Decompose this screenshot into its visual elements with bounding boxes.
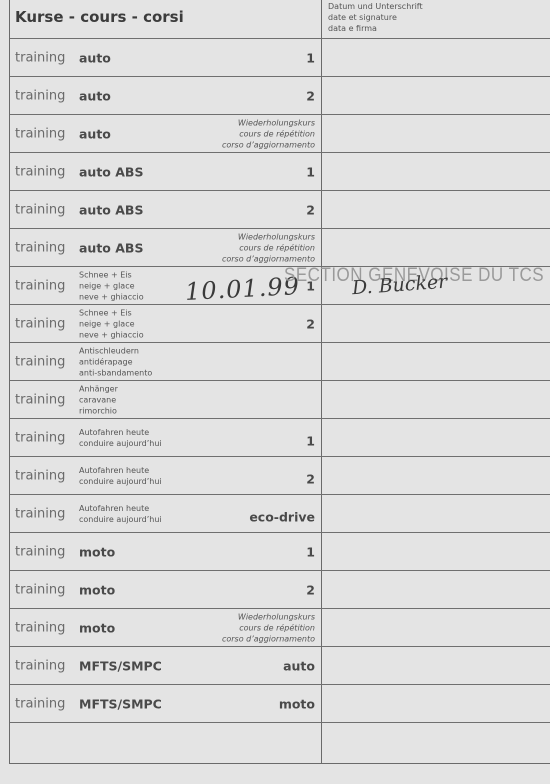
training-label: training <box>15 126 65 141</box>
signature-cell <box>322 153 550 190</box>
course-cell: trainingMFTS/SMPCmoto <box>10 685 322 722</box>
table-row: trainingAnhängercaravanerimorchio <box>10 381 550 419</box>
course-name-multilingual: Autofahren heuteconduire aujourd’hui <box>79 427 162 449</box>
courses-table: Kurse - cours - corsi Datum und Untersch… <box>9 0 550 764</box>
signature-heading: Datum und Unterschrift date et signature… <box>328 1 423 34</box>
signature-cell <box>322 39 550 76</box>
course-variant: 2 <box>306 472 315 487</box>
course-name: moto <box>79 620 115 635</box>
training-label: training <box>15 278 65 293</box>
course-variant: 1 <box>306 544 315 559</box>
course-name-line: Schnee + Eis <box>79 269 144 280</box>
course-name: auto ABS <box>79 164 143 179</box>
course-name-line: anti-sbandamento <box>79 367 152 378</box>
course-variant: moto <box>279 696 315 711</box>
table-row: trainingMFTS/SMPCmoto <box>10 685 550 723</box>
table-row: trainingautoWiederholungskurscours de ré… <box>10 115 550 153</box>
table-row: trainingauto1 <box>10 39 550 77</box>
refresher-course-note: Wiederholungskurscours de répétitioncors… <box>222 611 315 644</box>
course-name: auto <box>79 88 111 103</box>
refresher-course-line: corso d’aggiornamento <box>222 139 315 150</box>
signature-header-cell: Datum und Unterschrift date et signature… <box>322 0 550 38</box>
signature-cell: SECTION GENEVOISE DU TCSD. Bucker <box>322 267 550 304</box>
course-name-multilingual: Anhängercaravanerimorchio <box>79 383 118 416</box>
table-row: trainingauto2 <box>10 77 550 115</box>
course-name-line: Autofahren heute <box>79 465 162 476</box>
signature-cell <box>322 381 550 418</box>
training-label: training <box>15 50 65 65</box>
course-cell: trainingauto1 <box>10 39 322 76</box>
course-variant: 1 <box>306 434 315 449</box>
blank-course-cell <box>10 723 322 763</box>
signature-cell <box>322 457 550 494</box>
course-cell: trainingmoto1 <box>10 533 322 570</box>
training-label: training <box>15 468 65 483</box>
signature-cell <box>322 419 550 456</box>
signature-cell <box>322 609 550 646</box>
course-variant: 1 <box>306 50 315 65</box>
course-name-line: neige + glace <box>79 318 144 329</box>
signature-cell <box>322 305 550 342</box>
signature-cell <box>322 685 550 722</box>
course-variant: 2 <box>306 88 315 103</box>
course-name: auto ABS <box>79 240 143 255</box>
table-row-blank <box>10 723 550 763</box>
course-name: moto <box>79 582 115 597</box>
training-label: training <box>15 392 65 407</box>
course-variant: 1 <box>306 164 315 179</box>
course-cell: trainingAutofahren heuteconduire aujourd… <box>10 419 322 456</box>
course-name-line: Autofahren heute <box>79 427 162 438</box>
course-cell: trainingSchnee + Eisneige + glaceneve + … <box>10 267 322 304</box>
refresher-course-line: cours de répétition <box>222 128 315 139</box>
refresher-course-line: corso d’aggiornamento <box>222 633 315 644</box>
training-label: training <box>15 620 65 635</box>
course-name: auto <box>79 126 111 141</box>
course-name-line: conduire aujourd’hui <box>79 438 162 449</box>
table-row: trainingmotoWiederholungskurscours de ré… <box>10 609 550 647</box>
course-name-line: Antischleudern <box>79 345 152 356</box>
signature-cell <box>322 571 550 608</box>
course-name-line: rimorchio <box>79 405 118 416</box>
training-label: training <box>15 696 65 711</box>
table-row: trainingauto ABSWiederholungskurscours d… <box>10 229 550 267</box>
training-label: training <box>15 240 65 255</box>
training-label: training <box>15 354 65 369</box>
refresher-course-line: Wiederholungskurs <box>222 611 315 622</box>
course-cell: trainingauto2 <box>10 77 322 114</box>
table-row: trainingmoto2 <box>10 571 550 609</box>
refresher-course-line: Wiederholungskurs <box>222 117 315 128</box>
training-label: training <box>15 164 65 179</box>
course-cell: trainingAutofahren heuteconduire aujourd… <box>10 495 322 532</box>
course-cell: trainingSchnee + Eisneige + glaceneve + … <box>10 305 322 342</box>
course-name-multilingual: Autofahren heuteconduire aujourd’hui <box>79 465 162 487</box>
course-name-line: caravane <box>79 394 118 405</box>
course-name-multilingual: Schnee + Eisneige + glaceneve + ghiaccio <box>79 307 144 340</box>
refresher-course-line: corso d’aggiornamento <box>222 253 315 264</box>
course-variant: eco-drive <box>249 510 315 525</box>
course-name: moto <box>79 544 115 559</box>
table-row: trainingauto ABS2 <box>10 191 550 229</box>
course-name-line: conduire aujourd’hui <box>79 514 162 525</box>
course-name-multilingual: Antischleudernantidérapageanti-sbandamen… <box>79 345 152 378</box>
course-cell: trainingAntischleudernantidérapageanti-s… <box>10 343 322 380</box>
course-name: MFTS/SMPC <box>79 658 162 673</box>
refresher-course-line: cours de répétition <box>222 622 315 633</box>
refresher-course-note: Wiederholungskurscours de répétitioncors… <box>222 117 315 150</box>
course-cell: trainingauto ABS1 <box>10 153 322 190</box>
signature-cell <box>322 533 550 570</box>
course-variant: auto <box>283 658 315 673</box>
course-variant: 2 <box>306 582 315 597</box>
course-name-line: conduire aujourd’hui <box>79 476 162 487</box>
courses-header-cell: Kurse - cours - corsi <box>10 0 322 38</box>
blank-signature-cell <box>322 723 550 763</box>
course-cell: trainingauto ABSWiederholungskurscours d… <box>10 229 322 266</box>
table-row: trainingMFTS/SMPCauto <box>10 647 550 685</box>
training-label: training <box>15 202 65 217</box>
course-name-multilingual: Schnee + Eisneige + glaceneve + ghiaccio <box>79 269 144 302</box>
table-row: trainingmoto1 <box>10 533 550 571</box>
page-title: Kurse - cours - corsi <box>15 8 184 26</box>
training-label: training <box>15 544 65 559</box>
course-cell: trainingmoto2 <box>10 571 322 608</box>
refresher-course-line: cours de répétition <box>222 242 315 253</box>
refresher-course-line: Wiederholungskurs <box>222 231 315 242</box>
signature-cell <box>322 495 550 532</box>
signature-cell <box>322 647 550 684</box>
signature-heading-fr: date et signature <box>328 12 423 23</box>
table-row: trainingAntischleudernantidérapageanti-s… <box>10 343 550 381</box>
course-name-multilingual: Autofahren heuteconduire aujourd’hui <box>79 503 162 525</box>
signature-cell <box>322 77 550 114</box>
course-name-line: neige + glace <box>79 280 144 291</box>
signature-cell <box>322 115 550 152</box>
course-cell: trainingAnhängercaravanerimorchio <box>10 381 322 418</box>
training-label: training <box>15 430 65 445</box>
refresher-course-note: Wiederholungskurscours de répétitioncors… <box>222 231 315 264</box>
course-name-line: neve + ghiaccio <box>79 329 144 340</box>
training-label: training <box>15 316 65 331</box>
training-label: training <box>15 658 65 673</box>
training-label: training <box>15 582 65 597</box>
signature-cell <box>322 343 550 380</box>
table-row: trainingauto ABS1 <box>10 153 550 191</box>
course-name-line: neve + ghiaccio <box>79 291 144 302</box>
course-name-line: Schnee + Eis <box>79 307 144 318</box>
course-cell: trainingautoWiederholungskurscours de ré… <box>10 115 322 152</box>
signature-cell <box>322 229 550 266</box>
course-name-line: Autofahren heute <box>79 503 162 514</box>
training-label: training <box>15 88 65 103</box>
course-cell: trainingauto ABS2 <box>10 191 322 228</box>
course-name-line: antidérapage <box>79 356 152 367</box>
table-row: trainingAutofahren heuteconduire aujourd… <box>10 495 550 533</box>
table-row: trainingSchnee + Eisneige + glaceneve + … <box>10 305 550 343</box>
table-header: Kurse - cours - corsi Datum und Untersch… <box>10 0 550 39</box>
signature-cell <box>322 191 550 228</box>
signature-heading-it: data e firma <box>328 23 423 34</box>
course-name: MFTS/SMPC <box>79 696 162 711</box>
course-variant: 2 <box>306 316 315 331</box>
table-row: trainingAutofahren heuteconduire aujourd… <box>10 457 550 495</box>
course-name-line: Anhänger <box>79 383 118 394</box>
table-row: trainingAutofahren heuteconduire aujourd… <box>10 419 550 457</box>
course-cell: trainingmotoWiederholungskurscours de ré… <box>10 609 322 646</box>
course-name: auto <box>79 50 111 65</box>
course-name: auto ABS <box>79 202 143 217</box>
signature-heading-de: Datum und Unterschrift <box>328 1 423 12</box>
table-row: trainingSchnee + Eisneige + glaceneve + … <box>10 267 550 305</box>
course-variant: 2 <box>306 202 315 217</box>
training-label: training <box>15 506 65 521</box>
course-cell: trainingAutofahren heuteconduire aujourd… <box>10 457 322 494</box>
course-cell: trainingMFTS/SMPCauto <box>10 647 322 684</box>
